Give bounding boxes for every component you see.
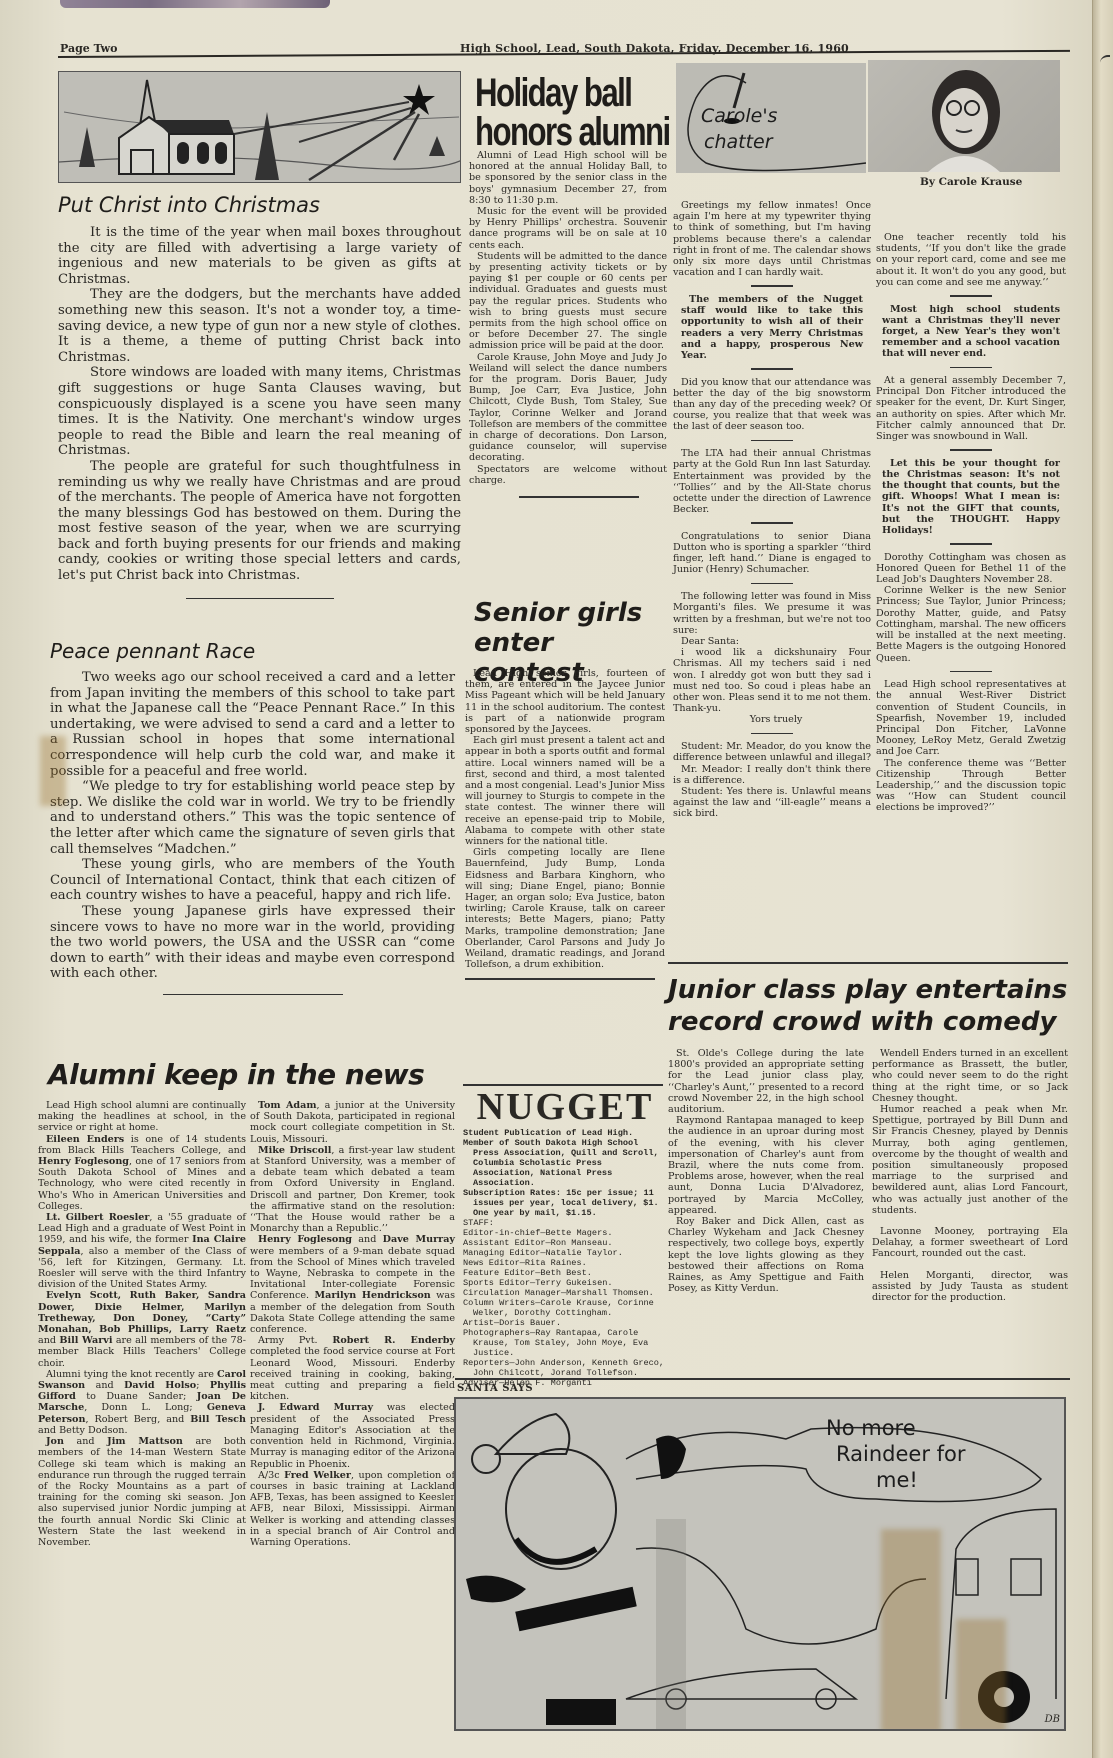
article-paragraph: Two weeks ago our school received a card… — [50, 670, 455, 779]
nugget-title: NUGGET — [463, 1088, 667, 1126]
staff-entry: Circulation Manager—Marshall Thomsen. — [463, 1288, 667, 1298]
church-illustration — [58, 71, 461, 183]
article-paragraph: Carole Krause, John Moye and Judy Jo Wei… — [469, 352, 667, 464]
article-paragraph: Store windows are loaded with many items… — [58, 365, 461, 459]
column-byline: By Carole Krause — [920, 176, 1022, 188]
staff-entry: Sports Editor—Terry Gukeisen. — [463, 1278, 667, 1288]
column-logo: Carole's chatter — [676, 63, 866, 173]
column-item: Greetings my fellow inmates! Once again … — [673, 200, 871, 278]
article-paragraph: Wendell Enders turned in an excellent pe… — [872, 1048, 1068, 1104]
columnist-portrait-icon — [868, 60, 1060, 172]
column-item: Dorothy Cottingham was chosen as Honored… — [876, 552, 1066, 586]
article-paragraph: St. Olde's College during the late 1800'… — [668, 1048, 864, 1115]
article-paragraph: J. Edward Murray was elected president o… — [250, 1402, 455, 1469]
article-paragraph: Lead High school alumni are continually … — [38, 1100, 246, 1134]
article-paragraph: Evelyn Scott, Ruth Baker, Sandra Dower, … — [38, 1290, 246, 1368]
junior-play-article: Junior class play entertains record crow… — [668, 974, 1068, 1038]
alumni-news-title: Alumni keep in the news — [48, 1058, 424, 1092]
article-paragraph: Spectators are welcome without charge. — [469, 464, 667, 486]
santa-letter-salutation: Dear Santa: — [673, 636, 871, 647]
item-divider — [751, 368, 793, 370]
paper-stain — [881, 1529, 941, 1731]
article-paragraph: Tom Adam, a junior at the University of … — [250, 1100, 455, 1145]
item-divider — [751, 285, 793, 287]
previous-page-edge — [60, 0, 330, 8]
junior-play-title-2: record crowd with comedy — [668, 1006, 1068, 1038]
item-divider — [950, 295, 992, 297]
article-paragraph: Roy Baker and Dick Allen, cast as Charle… — [668, 1216, 864, 1294]
staff-entry: Feature Editor—Beth Best. — [463, 1268, 667, 1278]
column-item-bold: Let this be your thought for the Christm… — [876, 458, 1066, 536]
nugget-info-line: Member of South Dakota High School Press… — [463, 1138, 667, 1188]
staff-entry: Artist—Doris Bauer. — [463, 1318, 667, 1328]
peace-article-body: Two weeks ago our school received a card… — [50, 670, 455, 982]
article-paragraph: Girls competing locally are Ilene Bauern… — [465, 847, 665, 970]
nugget-masthead-box: NUGGET Student Publication of Lead High.… — [463, 1084, 667, 1388]
article-paragraph: It is the time of the year when mail box… — [58, 225, 461, 287]
article-paragraph: They are the dodgers, but the merchants … — [58, 287, 461, 365]
article-paragraph: Each girl must present a talent act and … — [465, 735, 665, 847]
column-item: One teacher recently told his students, … — [876, 232, 1066, 288]
newspaper-page: Page Two High School, Lead, South Dakota… — [0, 0, 1113, 1758]
staff-entry: Reporters—John Anderson, Kenneth Greco, … — [463, 1358, 667, 1378]
item-divider — [950, 543, 992, 545]
christ-article: Put Christ into Christmas It is the time… — [58, 192, 461, 599]
speech-line-3: me! — [876, 1467, 918, 1493]
article-paragraph: “We pledge to try for establishing world… — [50, 779, 455, 857]
santa-letter-closing: Yors truely — [673, 714, 871, 725]
staff-entry: Photographers—Ray Rantapaa, Carole Kraus… — [463, 1328, 667, 1358]
holiday-ball-title-2: honors alumni — [475, 112, 623, 152]
item-divider — [751, 440, 793, 442]
item-divider — [751, 733, 793, 735]
staff-entry: Assistant Editor—Ron Manseau. — [463, 1238, 667, 1248]
peace-article: Peace pennant Race Two weeks ago our sch… — [50, 638, 455, 995]
junior-play-col-2: Wendell Enders turned in an excellent pe… — [872, 1048, 1068, 1303]
item-divider — [751, 522, 793, 524]
junior-play-col-1: St. Olde's College during the late 1800'… — [668, 1048, 864, 1294]
article-paragraph: A/3c Fred Welker, upon completion of cou… — [250, 1470, 455, 1548]
page-number: Page Two — [60, 42, 117, 55]
column-item: Lead High school representatives at the … — [876, 679, 1066, 757]
section-divider — [163, 994, 343, 996]
staff-entry: Column Writers—Carole Krause, Corinne We… — [463, 1298, 667, 1318]
christ-article-title: Put Christ into Christmas — [58, 192, 461, 218]
column-item: Corinne Welker is the new Senior Princes… — [876, 585, 1066, 663]
column-logo-line2: chatter — [704, 129, 773, 155]
church-star-landscape-icon — [59, 72, 461, 183]
article-paragraph: These young girls, who are members of th… — [50, 857, 455, 904]
article-paragraph: Lead High senior girls, fourteen of them… — [465, 668, 665, 735]
paper-stain — [956, 1619, 1006, 1731]
joke-line: Student: Yes there is. Unlawful means ag… — [673, 786, 871, 820]
nugget-info: Student Publication of Lead High. Member… — [463, 1128, 667, 1218]
section-divider — [668, 962, 1068, 964]
nugget-info-line: Subscription Rates: 15c per issue; 11 is… — [463, 1188, 667, 1218]
article-paragraph: Alumni tying the knot recently are Carol… — [38, 1369, 246, 1436]
column-right: One teacher recently told his students, … — [876, 232, 1066, 814]
article-paragraph: The people are grateful for such thought… — [58, 459, 461, 584]
article-paragraph: Lavonne Mooney, portraying Ela Delahay, … — [872, 1226, 1068, 1260]
alumni-news-col-1: Lead High school alumni are continually … — [38, 1100, 246, 1548]
staff-entry: Editor-in-chief—Bette Magers. — [463, 1228, 667, 1238]
joke-line: Student: Mr. Meador, do you know the dif… — [673, 741, 871, 763]
alumni-news-col-2: Tom Adam, a junior at the University of … — [250, 1100, 455, 1548]
holiday-ball-body: Alumni of Lead High school will be honor… — [469, 150, 667, 498]
article-paragraph: Music for the event will be provided by … — [469, 206, 667, 251]
cartoon-label: SANTA SAYS — [457, 1383, 533, 1394]
staff-label: STAFF: — [463, 1218, 667, 1228]
article-paragraph: Humor reached a peak when Mr. Spettigue,… — [872, 1104, 1068, 1216]
column-item-bold: Most high school students want a Christm… — [876, 304, 1066, 360]
article-paragraph: Henry Foglesong and Dave Murray were mem… — [250, 1234, 455, 1335]
column-item: The following letter was found in Miss M… — [673, 591, 871, 636]
peace-article-title: Peace pennant Race — [50, 638, 455, 664]
senior-girls-title-1: Senior girls — [474, 598, 664, 628]
staff-entry: News Editor—Rita Raines. — [463, 1258, 667, 1268]
holiday-ball-article: Holiday ball honors alumni — [475, 74, 665, 155]
section-divider — [465, 978, 655, 980]
santa-letter-body: i wood lik a dickshunairy Four Chrismas.… — [673, 647, 871, 714]
senior-girls-body: Lead High senior girls, fourteen of them… — [465, 668, 665, 980]
article-paragraph: Army Pvt. Robert R. Enderby completed th… — [250, 1335, 455, 1402]
book-spine — [1092, 0, 1113, 1758]
section-divider — [186, 598, 334, 600]
article-paragraph: Students will be admitted to the dance b… — [469, 251, 667, 352]
columnist-photo — [868, 60, 1060, 172]
page-curl-mark — [1100, 55, 1110, 65]
nugget-info-line: Student Publication of Lead High. — [463, 1128, 667, 1138]
article-paragraph: Lt. Gilbert Roesler, a '55 graduate of L… — [38, 1212, 246, 1290]
article-paragraph: Eileen Enders is one of 14 students from… — [38, 1134, 246, 1212]
column-item: Did you know that our attendance was bet… — [673, 377, 871, 433]
section-divider — [519, 496, 639, 498]
staff-entry: Managing Editor—Natalie Taylor. — [463, 1248, 667, 1258]
column-item: At a general assembly December 7, Princi… — [876, 375, 1066, 442]
column-item: The conference theme was ‘‘Better Citize… — [876, 758, 1066, 814]
article-paragraph: Raymond Rantapaa managed to keep the aud… — [668, 1115, 864, 1216]
joke-line: Mr. Meador: I really don't think there i… — [673, 764, 871, 786]
item-divider — [751, 583, 793, 585]
column-item-bold: The members of the Nugget staff would li… — [673, 294, 871, 361]
section-divider — [455, 1378, 1070, 1380]
column-logo-line1: Carole's — [701, 103, 777, 129]
christ-article-body: It is the time of the year when mail box… — [58, 225, 461, 584]
column-left: Greetings my fellow inmates! Once again … — [673, 200, 871, 820]
junior-play-title-1: Junior class play entertains — [668, 974, 1068, 1006]
article-paragraph: Mike Driscoll, a first-year law student … — [250, 1145, 455, 1235]
nugget-staff-list: STAFF: Editor-in-chief—Bette Magers. Ass… — [463, 1218, 667, 1388]
santa-cartoon: No more Raindeer for me! DB — [454, 1397, 1066, 1731]
holiday-ball-title-1: Holiday ball — [475, 74, 623, 112]
artist-signature: DB — [1045, 1714, 1060, 1725]
article-paragraph: These young Japanese girls have expresse… — [50, 904, 455, 982]
item-divider — [950, 671, 992, 673]
item-divider — [950, 449, 992, 451]
article-paragraph: Jon and Jim Mattson are both members of … — [38, 1436, 246, 1548]
column-item: The LTA had their annual Christmas party… — [673, 448, 871, 515]
article-paragraph: Helen Morganti, director, was assisted b… — [872, 1270, 1068, 1304]
speech-line-1: No more — [826, 1415, 916, 1441]
item-divider — [950, 367, 992, 369]
paper-stain — [40, 736, 66, 806]
speech-line-2: Raindeer for — [836, 1441, 966, 1467]
article-paragraph: Alumni of Lead High school will be honor… — [469, 150, 667, 206]
column-item: Congratulations to senior Diana Dutton w… — [673, 531, 871, 576]
